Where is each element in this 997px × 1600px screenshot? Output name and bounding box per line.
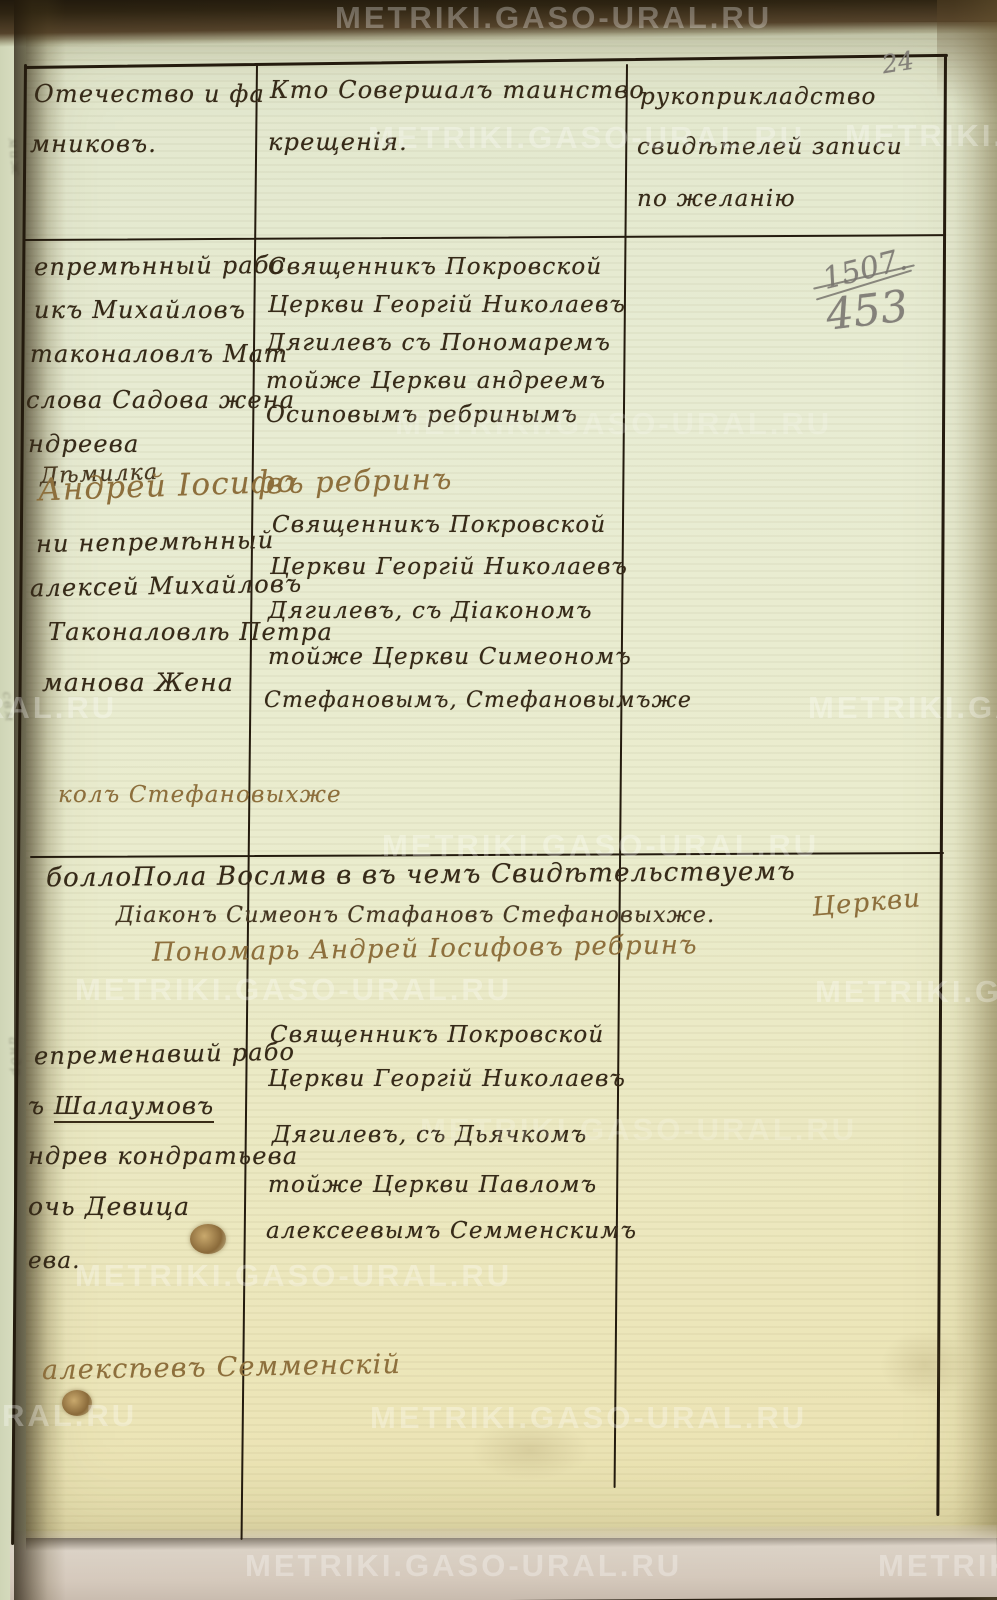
- record1-col1-line: таконаловлъ Мат: [30, 340, 288, 368]
- watermark-text: METRIKI.GASO-URAL.RU: [420, 1112, 857, 1148]
- clergy-signature: алексѣевъ Семменскій: [42, 1349, 402, 1386]
- watermark-text: METRIKI.GASO-URAL.RU: [368, 120, 805, 156]
- record1-col1-line: алексей Михайловъ: [30, 570, 303, 603]
- page-number: 24: [880, 46, 916, 80]
- watermark-text: METRIKI.GASO-URAL.RU: [395, 406, 832, 442]
- scanned-metric-book-page: миж свм андр 24 Отечество и фа мниковъ. …: [0, 0, 997, 1600]
- watermark-text: METRIKI.GASO-URAL.RU: [382, 828, 819, 864]
- record1-col2-line: Священникъ Покровской: [272, 512, 606, 538]
- record1-col2-line: Дягилевъ съ Пономаремъ: [266, 330, 611, 356]
- watermark-text: METRIKI.GASO-URAL.RU: [878, 1548, 997, 1584]
- watermark-text: METRIKI.GASO-URAL.RU: [335, 0, 772, 36]
- record2-col2-line: тойже Церкви Павломъ: [268, 1172, 597, 1198]
- watermark-text: METRIKI.GASO-URAL.RU: [75, 972, 512, 1008]
- record1-col2-line: Церкви Георгій Николаевъ: [270, 554, 628, 580]
- watermark-text: METRIKI.GASO-URAL.RU: [0, 1398, 137, 1434]
- watermark-text: METRIKI.GASO-URAL.RU: [845, 118, 997, 154]
- record1-col2-line: Церкви Георгій Николаевъ: [268, 292, 626, 318]
- record1-col2-light-note: въ ребринъ: [266, 462, 453, 501]
- record1-col1-line: икъ Михайловъ: [34, 296, 246, 324]
- header-col2-line1: Кто Совершалъ таинство: [270, 76, 645, 104]
- header-col3-line3: по желанію: [637, 186, 796, 212]
- record1-col1-line: слова Садова жена: [26, 386, 295, 414]
- record1-col2-line: тойже Церкви андреемъ: [266, 368, 606, 394]
- header-col1-line2: мниковъ.: [30, 130, 157, 158]
- record2-col1-line: епременавшй рабо: [34, 1038, 296, 1071]
- record2-col1-underlined-name: Шалаумовъ: [54, 1092, 214, 1123]
- record1-col2-line: тойже Церкви Симеономъ: [268, 644, 632, 670]
- record1-col1-line: ни непремѣнный: [36, 526, 275, 558]
- watermark-text: METRIKI.GASO-URAL.RU: [815, 974, 997, 1010]
- watermark-text: METRIKI.GASO-URAL.RU: [808, 690, 997, 726]
- record2-col1-prefix: ъ: [28, 1092, 54, 1120]
- record2-col2-line: алексеевымъ Семменскимъ: [266, 1218, 637, 1244]
- watermark-text: METRIKI.GASO-URAL.RU: [75, 1258, 512, 1294]
- record2-col1-line: ндрев кондратьева: [28, 1142, 298, 1170]
- record2-col2-line: Церкви Георгій Николаевъ: [268, 1066, 626, 1092]
- paper-stain: [190, 1224, 226, 1254]
- header-col1-line1: Отечество и фа: [34, 80, 265, 108]
- watermark-text: METRIKI.GASO-URAL.RU: [370, 1400, 807, 1436]
- paper-smudge: [880, 1330, 970, 1400]
- record1-col1-line: ндреева: [28, 430, 139, 458]
- record1-col2-line: Стефановымъ, Стефановымъже: [264, 688, 692, 713]
- watermark-text: METRIKI.GASO-URAL.RU: [0, 690, 117, 726]
- record2-col1-line: ева.: [28, 1248, 81, 1274]
- record1-col1-line: епремѣнный рабо: [34, 251, 286, 281]
- watermark-text: METRIKI.GASO-URAL.RU: [245, 1548, 682, 1584]
- attestation-line2: Діаконъ Симеонъ Стафановъ Стефановыхже.: [116, 903, 715, 928]
- record2-col2-line: Священникъ Покровской: [270, 1022, 604, 1048]
- record1-col2-line: Священникъ Покровской: [268, 254, 602, 280]
- pencil-archive-number: 453: [823, 281, 911, 341]
- record2-col1-line: очь Девица: [28, 1192, 190, 1221]
- paper-texture: [16, 22, 997, 1538]
- record1-col1-light-note2: колъ Стефановыхже: [58, 782, 342, 808]
- header-col3-line1: рукоприкладство: [640, 84, 877, 110]
- record2-col1-line: ъ Шалаумовъ: [28, 1092, 214, 1120]
- record1-col2-line: Дягилевъ, съ Діакономъ: [268, 598, 593, 624]
